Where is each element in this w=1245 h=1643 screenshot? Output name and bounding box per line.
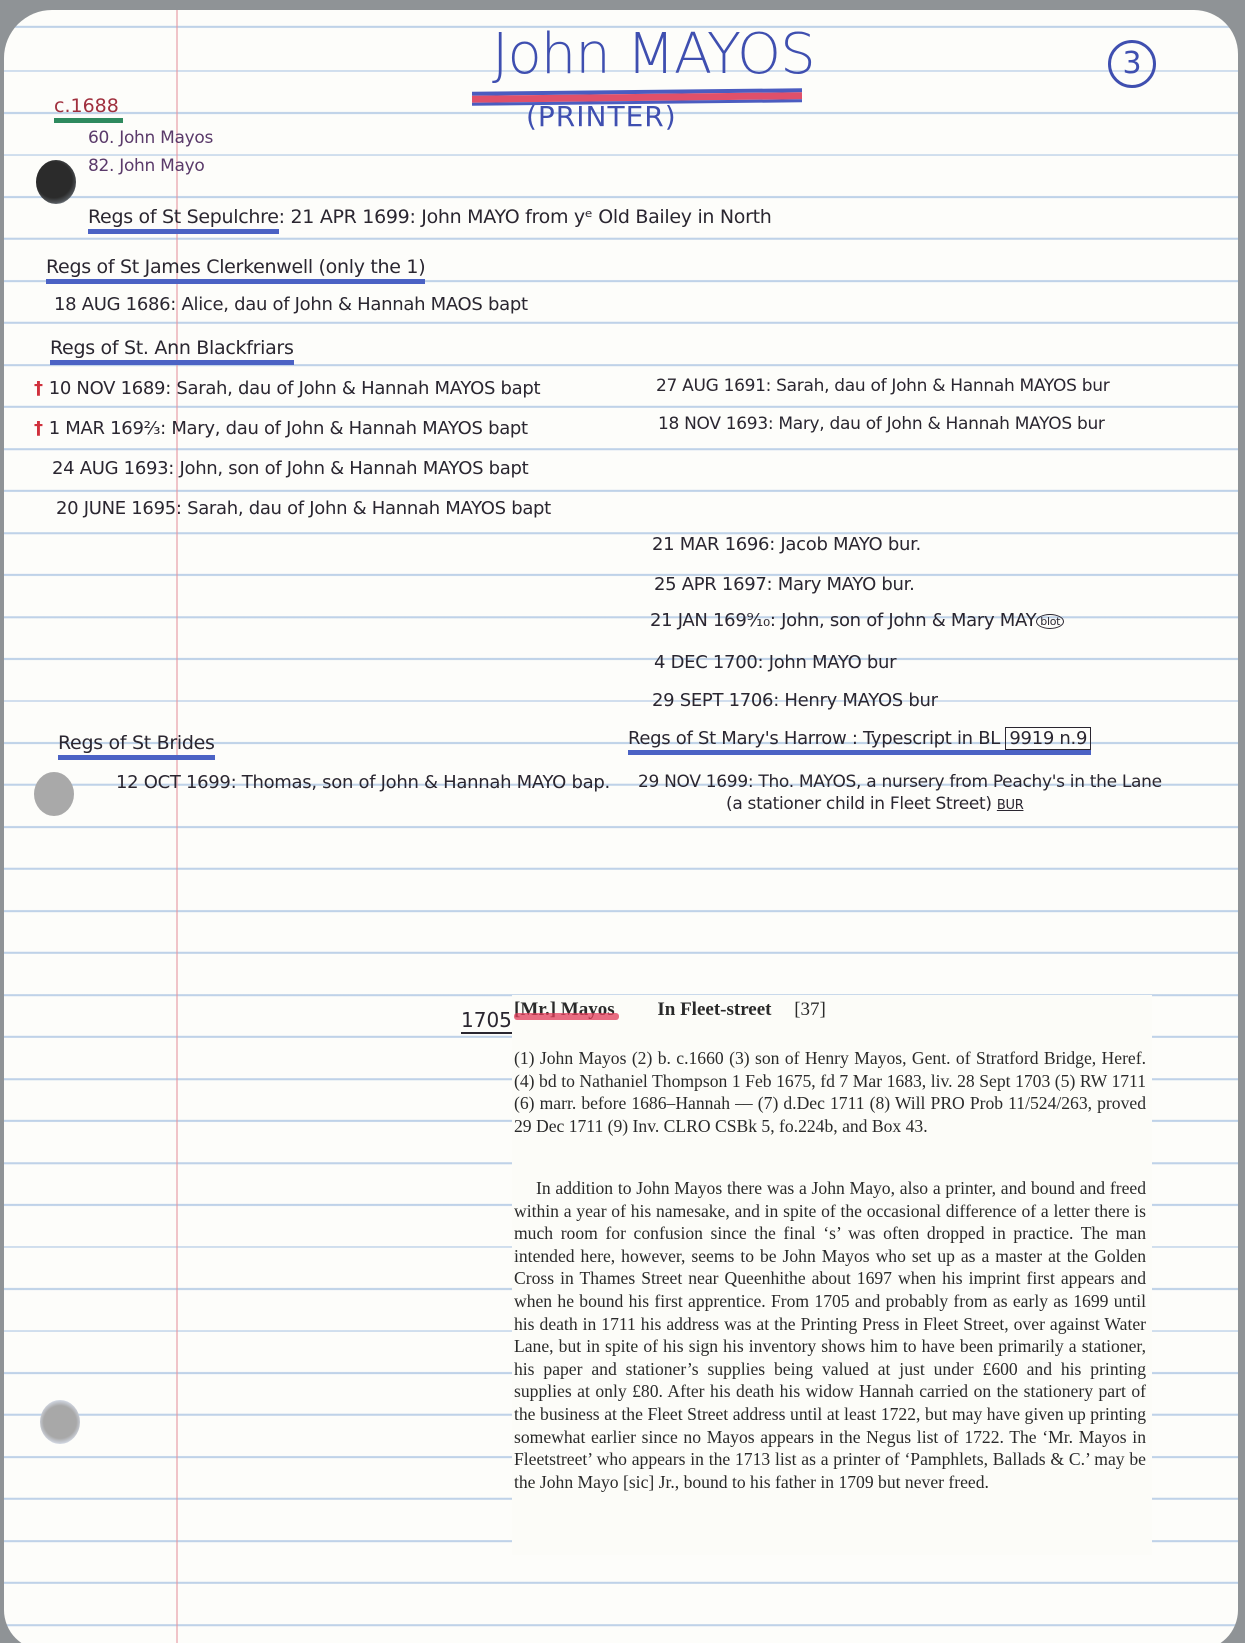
sepulchre-entry: : 21 APR 1699: John MAYO from yᵉ Old Bai… bbox=[279, 206, 772, 228]
clipping-heading: [Mr.] Mayos In Fleet-street [37] bbox=[514, 999, 826, 1021]
c1688-entry: 60. John Mayos bbox=[88, 128, 213, 148]
burial-tag: BUR bbox=[997, 798, 1024, 813]
page-title: John MAYOS bbox=[492, 22, 815, 87]
binder-hole-bottom bbox=[40, 1400, 80, 1444]
c1688-entry: 82. John Mayo bbox=[88, 156, 204, 176]
clipping-facts: (1) John Mayos (2) b. c.1660 (3) son of … bbox=[514, 1047, 1146, 1137]
binder-hole-middle bbox=[34, 772, 74, 816]
baptism-entry: 20 JUNE 1695: Sarah, dau of John & Hanna… bbox=[56, 498, 551, 519]
c1688-label: c.1688 bbox=[54, 95, 123, 123]
death-cross-icon: † bbox=[34, 378, 43, 399]
clipping-name: [Mr.] Mayos bbox=[514, 999, 615, 1020]
clipping-year: 1705 bbox=[461, 1008, 512, 1034]
brides-entry: 12 OCT 1699: Thomas, son of John & Hanna… bbox=[116, 772, 610, 793]
blot-note: blot bbox=[1036, 614, 1064, 629]
burial-entry: 27 AUG 1691: Sarah, dau of John & Hannah… bbox=[656, 376, 1109, 396]
harrow-heading: Regs of St Mary's Harrow : Typescript in… bbox=[628, 728, 1091, 749]
sepulchre-heading: Regs of St Sepulchre bbox=[88, 206, 279, 234]
burial-entry: 25 APR 1697: Mary MAYO bur. bbox=[654, 574, 915, 595]
binder-hole-top bbox=[36, 160, 76, 204]
clipping-location: In Fleet-street bbox=[657, 999, 771, 1020]
harrow-entry: 29 NOV 1699: Tho. MAYOS, a nursery from … bbox=[638, 772, 1162, 792]
clerkenwell-heading: Regs of St James Clerkenwell (only the 1… bbox=[46, 256, 425, 278]
blackfriars-heading: Regs of St. Ann Blackfriars bbox=[50, 337, 294, 359]
baptism-entry: 21 JAN 169⁹⁄₁₀: John, son of John & Mary… bbox=[650, 610, 1064, 631]
baptism-entry: †1 MAR 169²⁄₃: Mary, dau of John & Hanna… bbox=[34, 418, 528, 439]
burial-entry: 21 MAR 1696: Jacob MAYO bur. bbox=[652, 534, 921, 555]
burial-entry: 4 DEC 1700: John MAYO bur bbox=[654, 652, 896, 673]
brides-heading: Regs of St Brides bbox=[58, 732, 215, 754]
printed-clipping: [Mr.] Mayos In Fleet-street [37] (1) Joh… bbox=[512, 995, 1152, 1555]
page-number: 3 bbox=[1122, 49, 1141, 79]
shelfmark-ref: 9919 n.9 bbox=[1005, 727, 1091, 750]
baptism-entry: 24 AUG 1693: John, son of John & Hannah … bbox=[52, 458, 528, 479]
burial-entry: 18 NOV 1693: Mary, dau of John & Hannah … bbox=[658, 414, 1105, 434]
notebook-page: John MAYOS (PRINTER) 3 c.1688 60. John M… bbox=[4, 10, 1238, 1643]
harrow-entry-note: (a stationer child in Fleet Street) BUR bbox=[726, 794, 1023, 814]
page-number-badge: 3 bbox=[1108, 40, 1156, 88]
death-cross-icon: † bbox=[34, 418, 43, 439]
sepulchre-line: Regs of St Sepulchre: 21 APR 1699: John … bbox=[88, 206, 772, 228]
clipping-body: In addition to John Mayos there was a Jo… bbox=[514, 1177, 1146, 1493]
clipping-ref: [37] bbox=[794, 999, 826, 1020]
burial-entry: 29 SEPT 1706: Henry MAYOS bur bbox=[652, 690, 938, 711]
clerkenwell-entry: 18 AUG 1686: Alice, dau of John & Hannah… bbox=[54, 294, 528, 315]
page-subtitle: (PRINTER) bbox=[526, 100, 677, 133]
baptism-entry: †10 NOV 1689: Sarah, dau of John & Hanna… bbox=[34, 378, 540, 399]
